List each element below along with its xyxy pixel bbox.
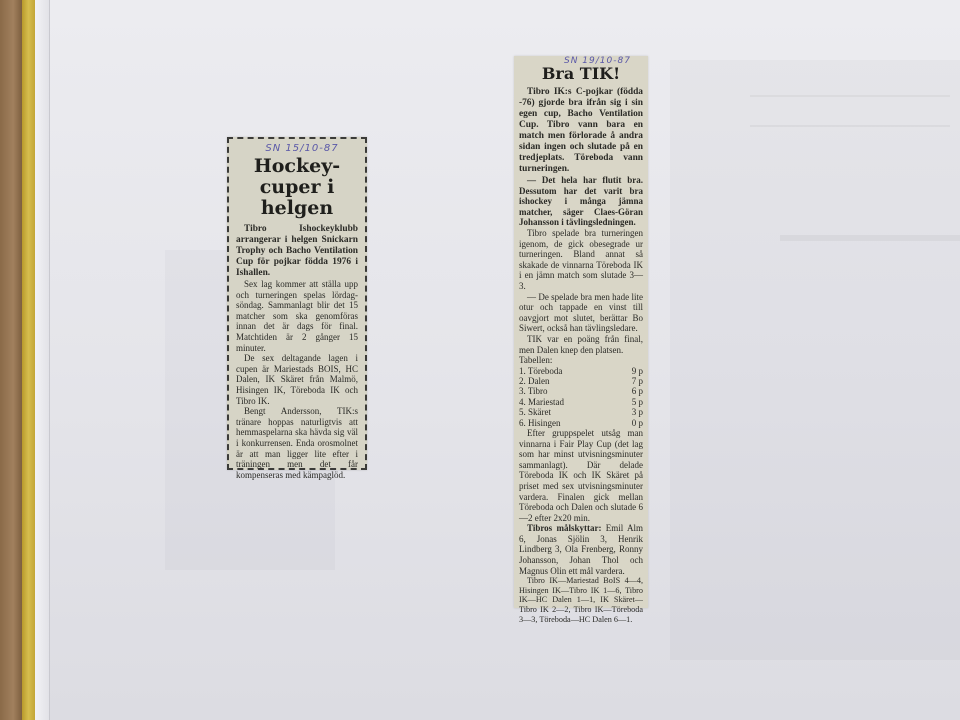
- clipping-paragraph: Bengt Andersson, TIK:s tränare hoppas na…: [236, 406, 358, 480]
- standings-team: Dalen: [528, 376, 550, 386]
- clipping-paragraph: Sex lag kommer att ställa upp och turner…: [236, 279, 358, 353]
- standings-row: 4. Mariestad5 p: [519, 397, 643, 407]
- bleed-through-text: [750, 95, 950, 97]
- standings-rank-team: 6. Hisingen: [519, 418, 561, 428]
- scrapbook-page: [50, 0, 960, 720]
- clipping-headline: Hockey- cuper i helgen: [236, 156, 358, 219]
- standings-points: 7 p: [632, 376, 643, 386]
- standings-row: 3. Tibro6 p: [519, 386, 643, 396]
- clipping-lead: Tibro IK:s C-pojkar (födda -76) gjorde b…: [519, 87, 643, 175]
- clipping-headline: Bra TIK!: [519, 64, 643, 83]
- standings-team: Tibro: [528, 386, 548, 396]
- standings-points: 3 p: [632, 407, 643, 417]
- standings-rank: 4.: [519, 397, 526, 407]
- standings-points: 6 p: [632, 386, 643, 396]
- standings-team: Töreboda: [528, 366, 562, 376]
- standings-rank-team: 1. Töreboda: [519, 366, 562, 376]
- standings-row: 2. Dalen7 p: [519, 376, 643, 386]
- clipping-paragraph: Efter gruppspelet utsåg man vinnarna i F…: [519, 428, 643, 523]
- bleed-through-shadow: [670, 60, 960, 660]
- standings-rank: 3.: [519, 386, 526, 396]
- clipping-paragraph: De sex deltagande lagen i cupen är Marie…: [236, 353, 358, 406]
- standings-table: Tabellen: 1. Töreboda9 p2. Dalen7 p3. Ti…: [519, 355, 643, 428]
- standings-rank: 2.: [519, 376, 526, 386]
- clipping-paragraph: Tibro spelade bra turneringen igenom, de…: [519, 228, 643, 292]
- scorers-label: Tibros målskyttar:: [527, 523, 601, 533]
- standings-rank: 6.: [519, 418, 526, 428]
- standings-rank-team: 5. Skäret: [519, 407, 551, 417]
- clipping-lead: Tibro Ishockeyklubb arrangerar i helgen …: [236, 224, 358, 279]
- clipping-quote: — Det hela har flutit bra. Dessutom har …: [519, 175, 643, 228]
- standings-rank-team: 4. Mariestad: [519, 397, 564, 407]
- bleed-through-text: [750, 125, 950, 127]
- clipping-paragraph: — De spelade bra men hade lite otur och …: [519, 292, 643, 334]
- bleed-through-text: [780, 235, 960, 241]
- standings-rank-team: 2. Dalen: [519, 376, 550, 386]
- clipping-paragraph: TIK var en poäng från final, men Dalen k…: [519, 334, 643, 355]
- standings-points: 5 p: [632, 397, 643, 407]
- standings-team: Skäret: [528, 407, 551, 417]
- clipping-hockey-cuper: SN 15/10-87 Hockey- cuper i helgen Tibro…: [227, 137, 367, 470]
- wooden-table-edge: [0, 0, 22, 720]
- standings-rank: 1.: [519, 366, 526, 376]
- standings-row: 1. Töreboda9 p: [519, 366, 643, 376]
- handwritten-date-note: SN 19/10-87: [564, 56, 631, 66]
- standings-rank: 5.: [519, 407, 526, 417]
- page-stack-edge: [35, 0, 50, 720]
- scorers-paragraph: Tibros målskyttar: Emil Alm 6, Jonas Sjö…: [519, 523, 643, 576]
- clipping-bra-tik: SN 19/10-87 Bra TIK! Tibro IK:s C-pojkar…: [514, 56, 648, 608]
- standings-points: 9 p: [632, 366, 643, 376]
- standings-row: 5. Skäret3 p: [519, 407, 643, 417]
- standings-rank-team: 3. Tibro: [519, 386, 548, 396]
- binder-spine: [22, 0, 35, 720]
- standings-label: Tabellen:: [519, 355, 643, 365]
- standings-team: Hisingen: [528, 418, 561, 428]
- standings-points: 0 p: [632, 418, 643, 428]
- handwritten-date-note: SN 15/10-87: [246, 143, 358, 154]
- standings-team: Mariestad: [528, 397, 564, 407]
- match-results: Tibro IK—Mariestad BoIS 4—4, Hisingen IK…: [519, 576, 643, 624]
- standings-row: 6. Hisingen0 p: [519, 418, 643, 428]
